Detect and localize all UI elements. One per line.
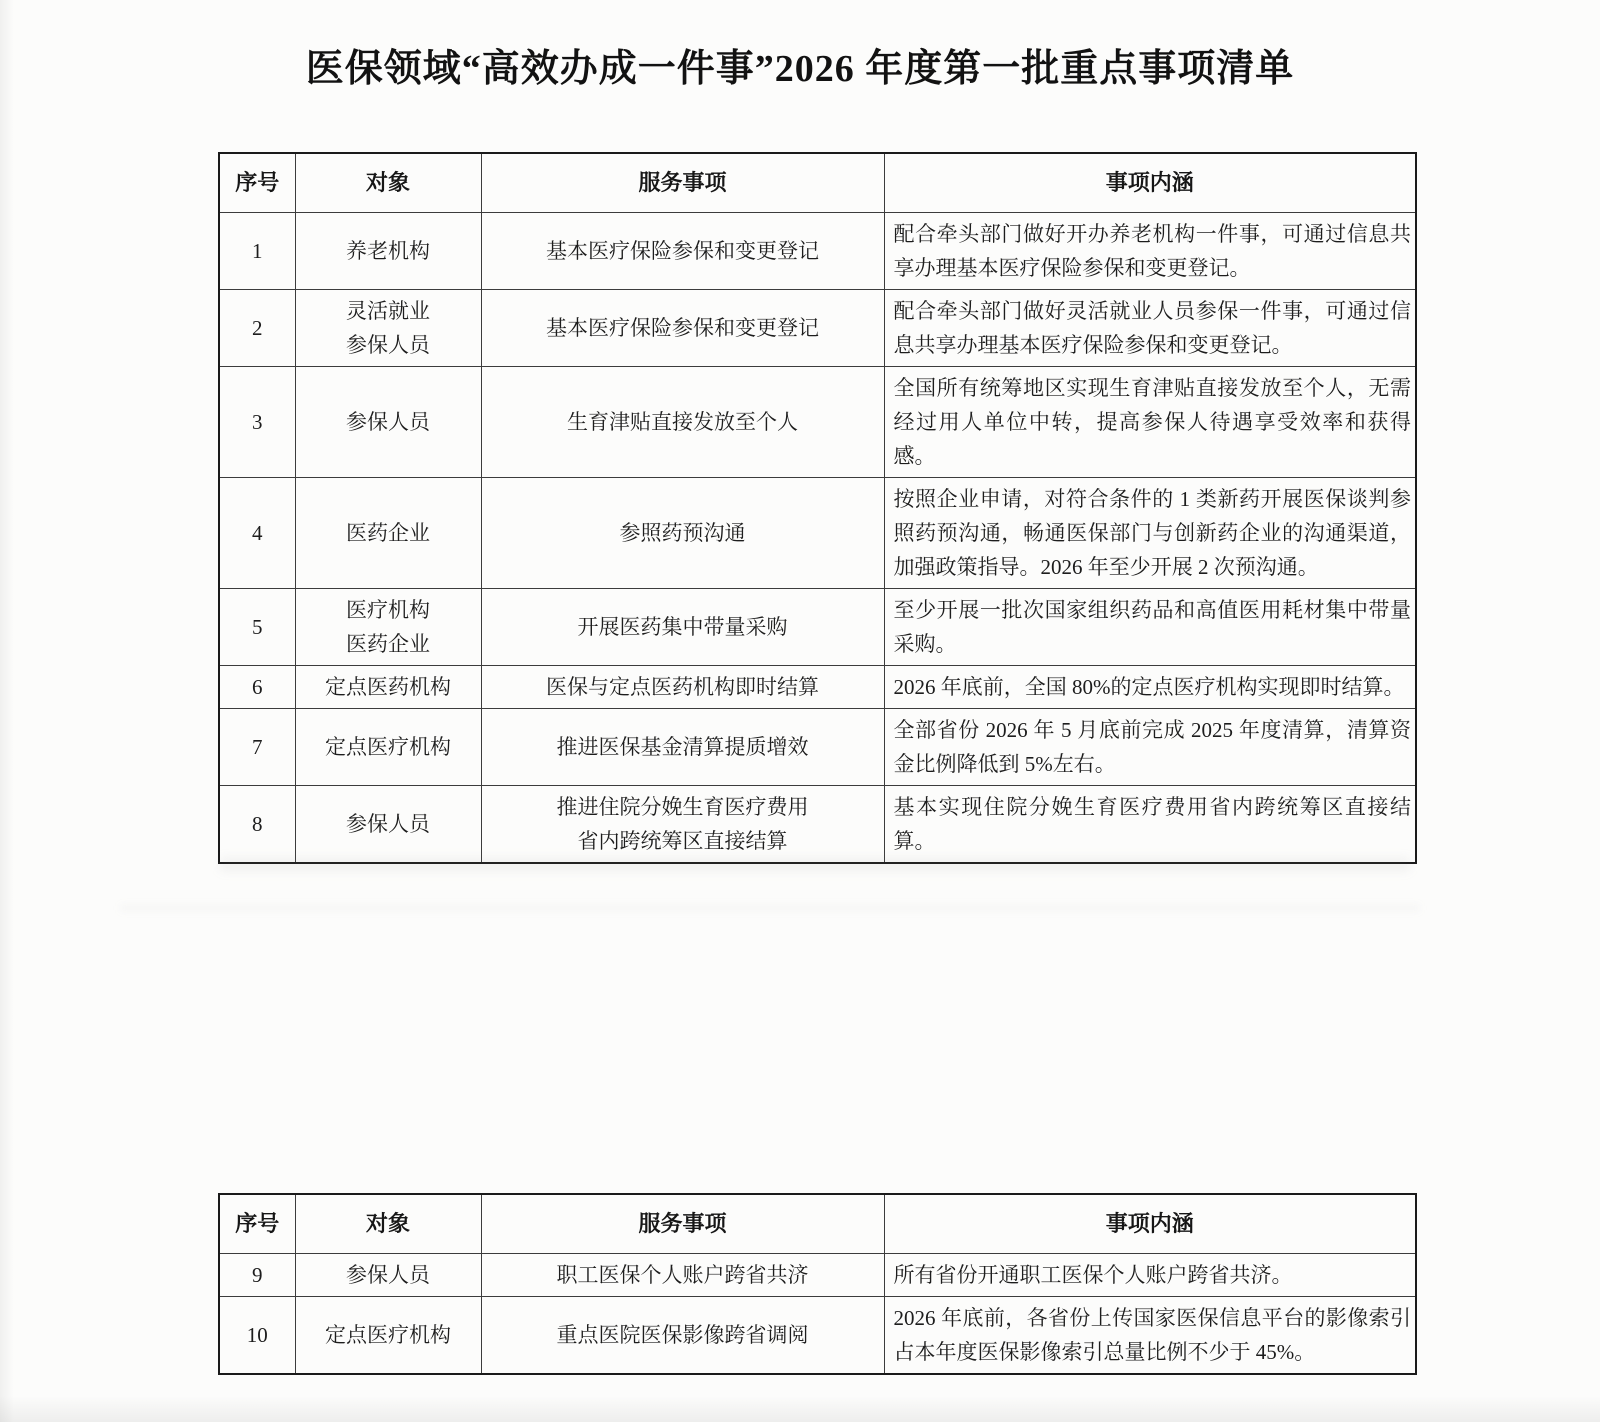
table-row: 3参保人员生育津贴直接发放至个人全国所有统筹地区实现生育津贴直接发放至个人，无需… [219,367,1416,478]
cell-detail: 所有省份开通职工医保个人账户跨省共济。 [884,1254,1416,1297]
cell-detail: 至少开展一批次国家组织药品和高值医用耗材集中带量采购。 [884,589,1416,666]
cell-seq: 1 [219,213,295,290]
scan-artifact [120,905,1420,911]
cell-service: 重点医院医保影像跨省调阅 [481,1297,884,1375]
cell-detail: 基本实现住院分娩生育医疗费用省内跨统筹区直接结算。 [884,786,1416,864]
cell-target: 医疗机构医药企业 [295,589,481,666]
cell-seq: 8 [219,786,295,864]
cell-target: 定点医疗机构 [295,1297,481,1375]
cell-service: 推进住院分娩生育医疗费用省内跨统筹区直接结算 [481,786,884,864]
cell-target: 定点医药机构 [295,666,481,709]
cell-target: 灵活就业参保人员 [295,290,481,367]
cell-seq: 2 [219,290,295,367]
table-body: 1养老机构基本医疗保险参保和变更登记配合牵头部门做好开办养老机构一件事，可通过信… [219,213,1416,864]
cell-seq: 9 [219,1254,295,1297]
table-body: 9参保人员职工医保个人账户跨省共济所有省份开通职工医保个人账户跨省共济。10定点… [219,1254,1416,1375]
cell-detail: 全国所有统筹地区实现生育津贴直接发放至个人，无需经过用人单位中转，提高参保人待遇… [884,367,1416,478]
cell-target: 医药企业 [295,478,481,589]
table-row: 5医疗机构医药企业开展医药集中带量采购至少开展一批次国家组织药品和高值医用耗材集… [219,589,1416,666]
cell-seq: 6 [219,666,295,709]
table-row: 1养老机构基本医疗保险参保和变更登记配合牵头部门做好开办养老机构一件事，可通过信… [219,213,1416,290]
table-row: 9参保人员职工医保个人账户跨省共济所有省份开通职工医保个人账户跨省共济。 [219,1254,1416,1297]
scan-artifact [0,1396,1600,1422]
cell-target: 参保人员 [295,1254,481,1297]
items-table-second-part: 序号 对象 服务事项 事项内涵 9参保人员职工医保个人账户跨省共济所有省份开通职… [218,1193,1417,1375]
table-row: 4医药企业参照药预沟通按照企业申请，对符合条件的 1 类新药开展医保谈判参照药预… [219,478,1416,589]
cell-seq: 5 [219,589,295,666]
header-target: 对象 [295,153,481,213]
cell-seq: 3 [219,367,295,478]
header-row: 序号 对象 服务事项 事项内涵 [219,153,1416,213]
cell-detail: 2026 年底前，全国 80%的定点医疗机构实现即时结算。 [884,666,1416,709]
cell-service: 推进医保基金清算提质增效 [481,709,884,786]
header-seq: 序号 [219,1194,295,1254]
header-row: 序号 对象 服务事项 事项内涵 [219,1194,1416,1254]
table-row: 2灵活就业参保人员基本医疗保险参保和变更登记配合牵头部门做好灵活就业人员参保一件… [219,290,1416,367]
cell-detail: 配合牵头部门做好开办养老机构一件事，可通过信息共享办理基本医疗保险参保和变更登记… [884,213,1416,290]
document-page: 医保领域“高效办成一件事”2026 年度第一批重点事项清单 序号 对象 服务事项… [0,0,1600,1422]
header-seq: 序号 [219,153,295,213]
cell-target: 定点医疗机构 [295,709,481,786]
header-target: 对象 [295,1194,481,1254]
table-row: 7定点医疗机构推进医保基金清算提质增效全部省份 2026 年 5 月底前完成 2… [219,709,1416,786]
cell-service: 基本医疗保险参保和变更登记 [481,213,884,290]
cell-target: 养老机构 [295,213,481,290]
cell-detail: 配合牵头部门做好灵活就业人员参保一件事，可通过信息共享办理基本医疗保险参保和变更… [884,290,1416,367]
cell-target: 参保人员 [295,786,481,864]
cell-service: 开展医药集中带量采购 [481,589,884,666]
header-detail: 事项内涵 [884,153,1416,213]
cell-seq: 10 [219,1297,295,1375]
table-row: 8参保人员推进住院分娩生育医疗费用省内跨统筹区直接结算基本实现住院分娩生育医疗费… [219,786,1416,864]
header-detail: 事项内涵 [884,1194,1416,1254]
items-table-first-batch: 序号 对象 服务事项 事项内涵 1养老机构基本医疗保险参保和变更登记配合牵头部门… [218,152,1417,864]
cell-service: 职工医保个人账户跨省共济 [481,1254,884,1297]
header-service: 服务事项 [481,153,884,213]
cell-service: 参照药预沟通 [481,478,884,589]
scan-artifact [220,858,1410,871]
cell-service: 医保与定点医药机构即时结算 [481,666,884,709]
cell-service: 生育津贴直接发放至个人 [481,367,884,478]
cell-seq: 4 [219,478,295,589]
header-service: 服务事项 [481,1194,884,1254]
cell-detail: 全部省份 2026 年 5 月底前完成 2025 年度清算，清算资金比例降低到 … [884,709,1416,786]
cell-detail: 2026 年底前，各省份上传国家医保信息平台的影像索引占本年度医保影像索引总量比… [884,1297,1416,1375]
table-row: 10定点医疗机构重点医院医保影像跨省调阅2026 年底前，各省份上传国家医保信息… [219,1297,1416,1375]
cell-service: 基本医疗保险参保和变更登记 [481,290,884,367]
scan-artifact [0,0,14,1422]
document-title: 医保领域“高效办成一件事”2026 年度第一批重点事项清单 [0,42,1600,96]
cell-seq: 7 [219,709,295,786]
cell-target: 参保人员 [295,367,481,478]
cell-detail: 按照企业申请，对符合条件的 1 类新药开展医保谈判参照药预沟通，畅通医保部门与创… [884,478,1416,589]
table-row: 6定点医药机构医保与定点医药机构即时结算2026 年底前，全国 80%的定点医疗… [219,666,1416,709]
